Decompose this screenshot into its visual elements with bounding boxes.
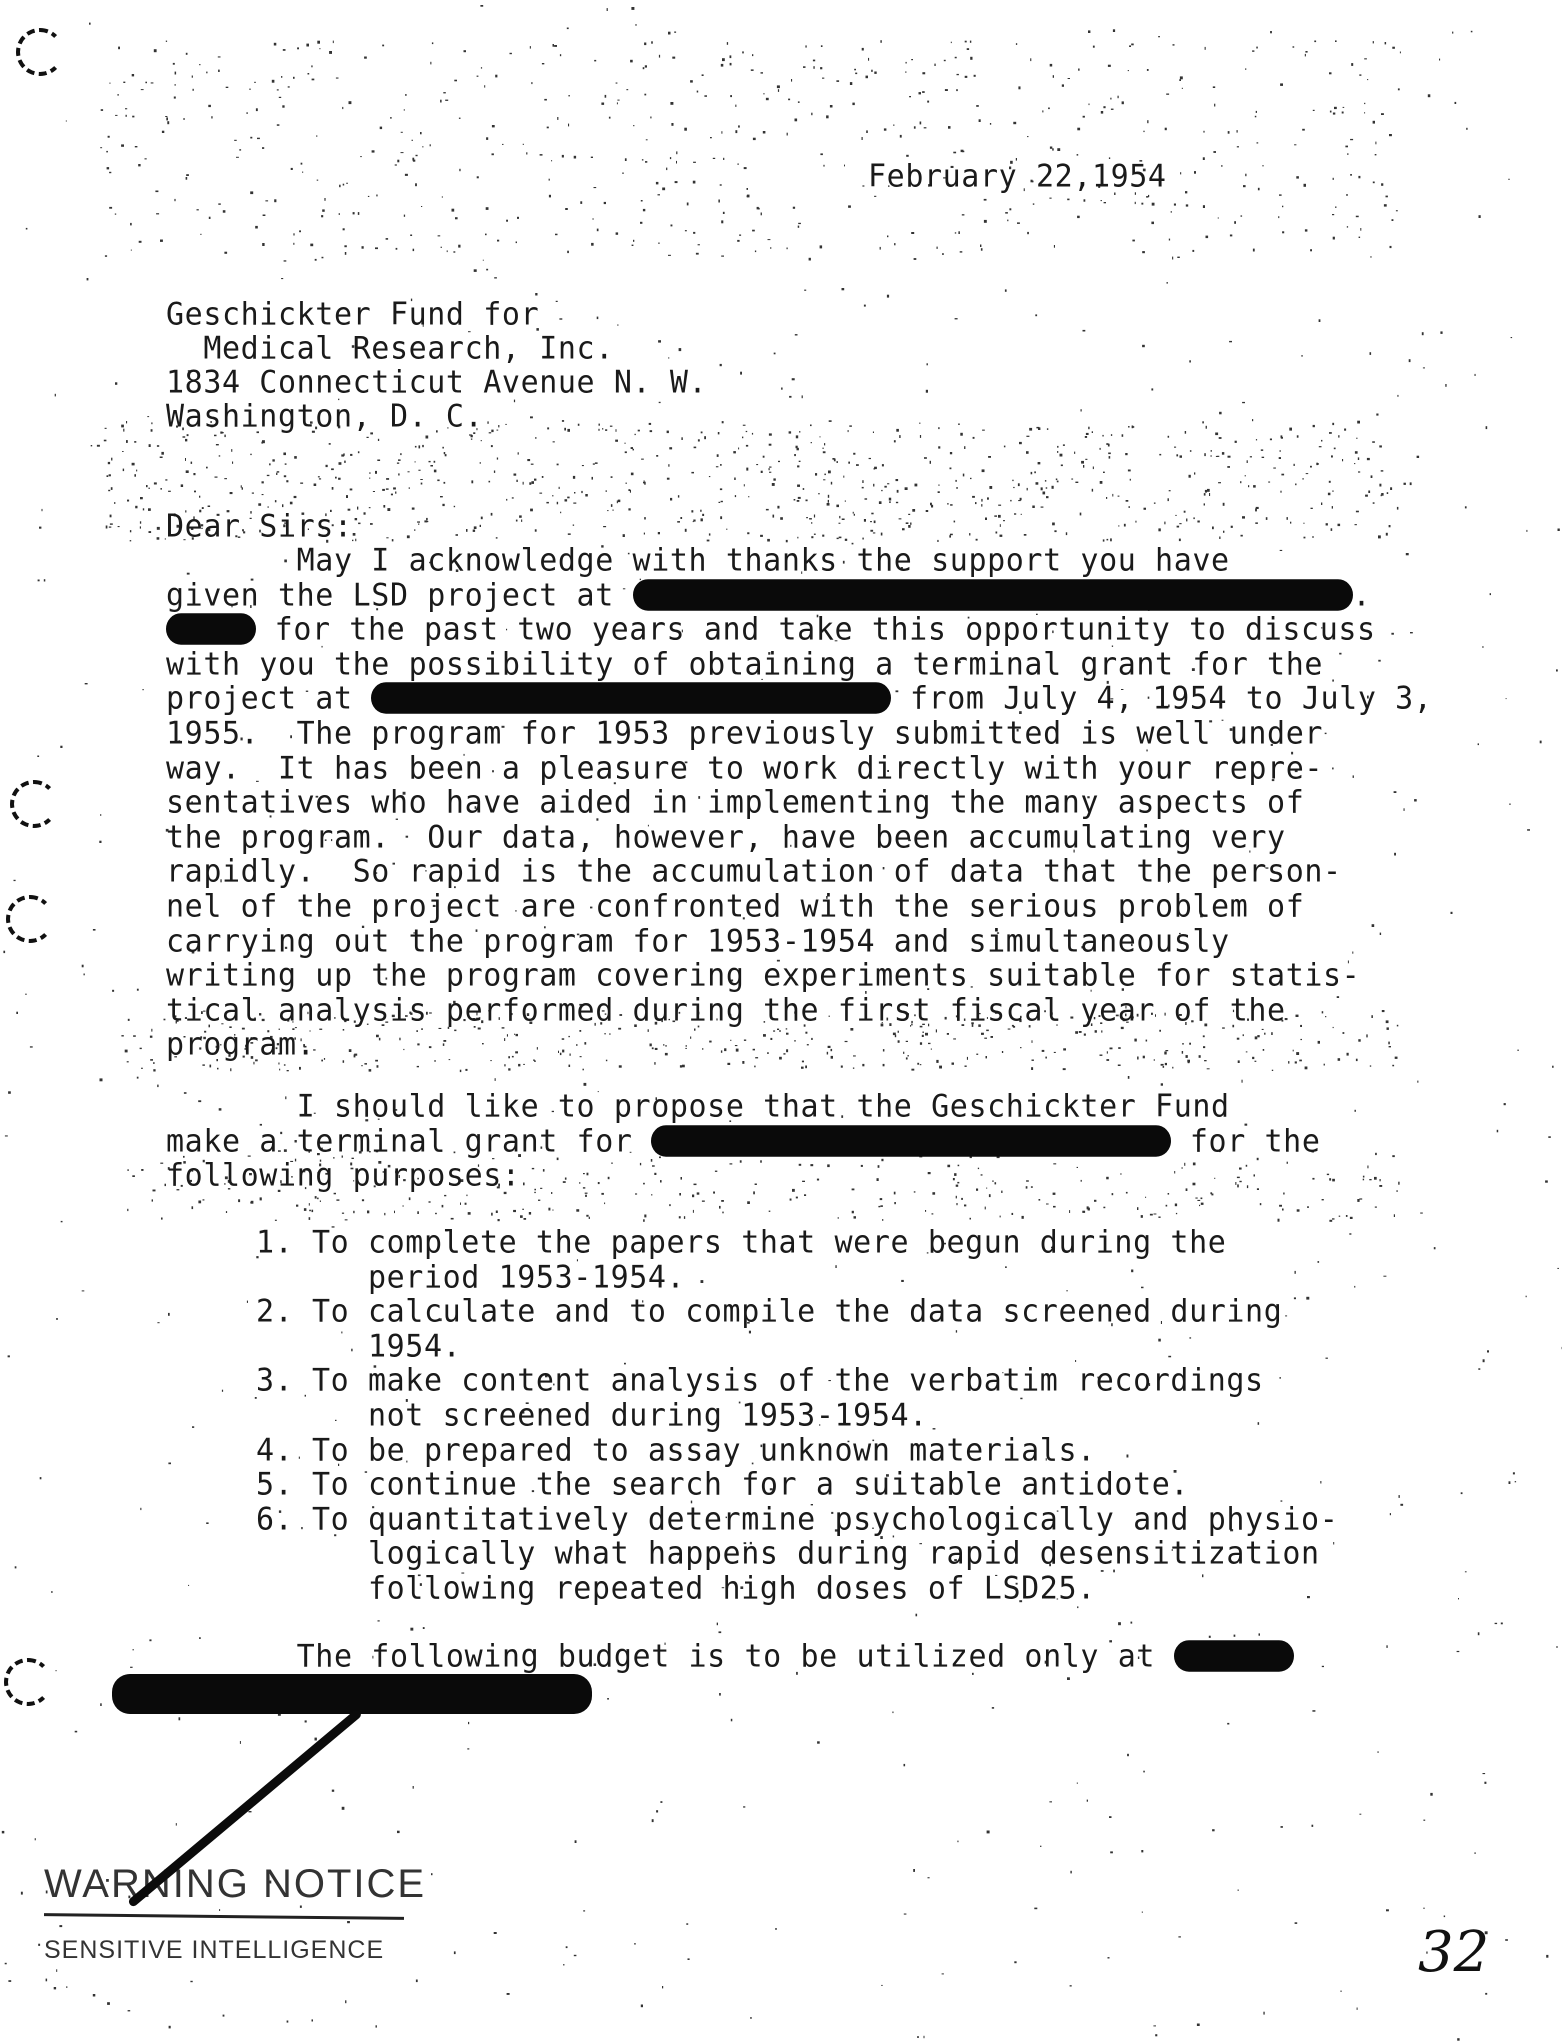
address-line: Washington, D. C.	[166, 399, 483, 435]
punch-hole-icon	[10, 780, 58, 828]
purpose-item: 4. To be prepared to assay unknown mater…	[256, 1433, 1096, 1469]
closing-text: The following budget is to be utilized o…	[166, 1639, 1294, 1675]
paragraph-line: tical analysis performed during the firs…	[166, 993, 1286, 1029]
address-line: 1834 Connecticut Avenue N. W.	[166, 365, 707, 401]
punch-hole-icon	[6, 895, 54, 943]
punch-hole-icon	[4, 1658, 52, 1706]
purpose-item: logically what happens during rapid dese…	[256, 1537, 1320, 1573]
purpose-item: 3. To make content analysis of the verba…	[256, 1364, 1264, 1400]
stamp-warning-text: WARNING NOTICE	[44, 1862, 426, 1907]
paragraph-line: May I acknowledge with thanks the suppor…	[166, 543, 1230, 579]
purpose-item: period 1953-1954.	[256, 1260, 685, 1296]
paragraph-line: way. It has been a pleasure to work dire…	[166, 751, 1323, 787]
redaction-bar	[633, 579, 1353, 611]
paragraph-line: the program. Our data, however, have bee…	[166, 820, 1286, 856]
redaction-bar	[651, 1125, 1171, 1157]
page-number: 32	[1418, 1920, 1489, 1985]
purpose-item: 1. To complete the papers that were begu…	[256, 1225, 1226, 1261]
paragraph-line: program.	[166, 1028, 315, 1064]
paragraph-line: following purposes:	[166, 1158, 521, 1194]
salutation: Dear Sirs:	[166, 509, 353, 545]
paragraph-line: with you the possibility of obtaining a …	[166, 647, 1323, 683]
purpose-item: 6. To quantitatively determine psycholog…	[256, 1502, 1338, 1538]
paragraph-line: make a terminal grant for for the	[166, 1124, 1321, 1160]
paragraph-line: I should like to propose that the Geschi…	[166, 1089, 1230, 1125]
redaction-bar	[166, 613, 256, 645]
paragraph-line: writing up the program covering experime…	[166, 958, 1360, 994]
address-line: Geschickter Fund for	[166, 297, 539, 333]
redaction-bar	[112, 1674, 592, 1714]
paragraph-line: nel of the project are confronted with t…	[166, 889, 1304, 925]
paragraph-line: given the LSD project at .	[166, 578, 1371, 614]
punch-hole-icon	[16, 28, 64, 76]
paragraph-line: sentatives who have aided in implementin…	[166, 785, 1304, 821]
purpose-item: following repeated high doses of LSD25.	[256, 1571, 1096, 1607]
address-line: Medical Research, Inc.	[166, 331, 614, 367]
paragraph-line: 1955. The program for 1953 previously su…	[166, 716, 1323, 752]
purpose-item: 2. To calculate and to compile the data …	[256, 1294, 1282, 1330]
paragraph-line: carrying out the program for 1953-1954 a…	[166, 924, 1230, 960]
paragraph-line: rapidly. So rapid is the accumulation of…	[166, 855, 1342, 891]
redaction-bar	[1174, 1640, 1294, 1672]
paragraph-line: for the past two years and take this opp…	[166, 612, 1376, 648]
letter-date: February 22,1954	[868, 159, 1167, 195]
stamp-divider	[44, 1913, 404, 1920]
purpose-item: 5. To continue the search for a suitable…	[256, 1467, 1189, 1503]
paragraph-line: project at from July 4, 1954 to July 3,	[166, 682, 1432, 718]
purpose-item: 1954.	[256, 1329, 461, 1365]
purpose-item: not screened during 1953-1954.	[256, 1398, 928, 1434]
redaction-bar	[371, 683, 891, 715]
stamp-sensitive-text: SENSITIVE INTELLIGENCE	[44, 1936, 384, 1965]
